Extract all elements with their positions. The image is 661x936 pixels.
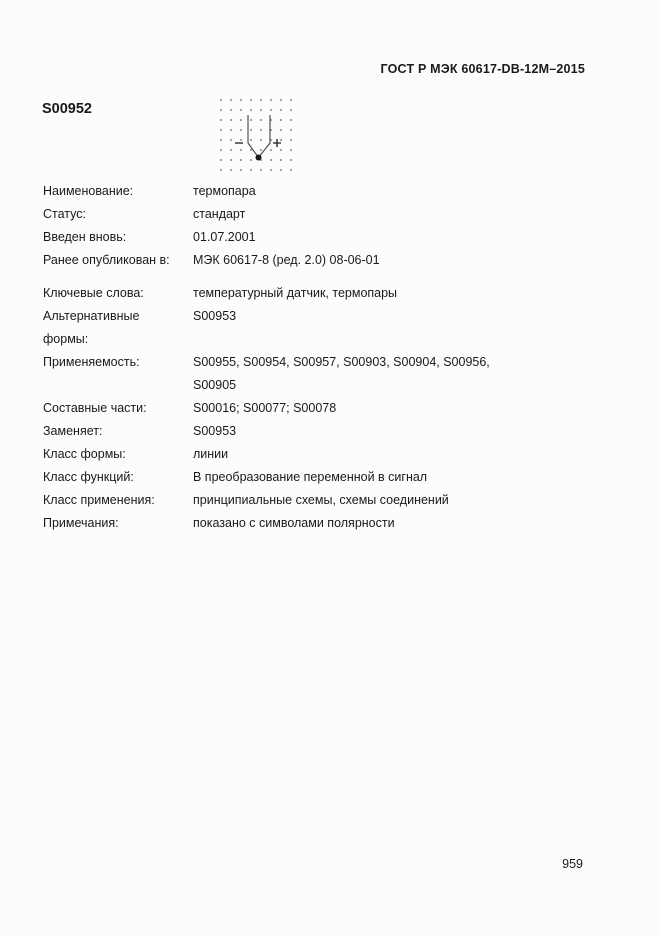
field-label: Ключевые слова:	[43, 282, 193, 305]
field-label: Статус:	[43, 203, 193, 226]
field-value: принципиальные схемы, схемы соединений	[193, 489, 533, 512]
field-value: В преобразование переменной в сигнал	[193, 466, 533, 489]
field-label: Альтернативные формы:	[43, 305, 193, 351]
thermocouple-symbol-drawing	[216, 95, 298, 173]
page-number: 959	[562, 857, 583, 871]
field-label: Примечания:	[43, 512, 193, 535]
field-value: 01.07.2001	[193, 226, 533, 249]
field-value: S00953	[193, 305, 533, 351]
field-label: Ранее опубликован в:	[43, 249, 193, 272]
field-label: Класс применения:	[43, 489, 193, 512]
field-label: Применяемость:	[43, 351, 193, 397]
thermocouple-symbol	[216, 95, 298, 173]
field-label: Заменяет:	[43, 420, 193, 443]
symbol-id: S00952	[42, 101, 92, 117]
field-label: Составные части:	[43, 397, 193, 420]
field-value: S00955, S00954, S00957, S00903, S00904, …	[193, 351, 533, 397]
field-value: температурный датчик, термопары	[193, 282, 533, 305]
field-list-secondary: Ключевые слова: температурный датчик, те…	[43, 282, 533, 535]
field-value: S00016; S00077; S00078	[193, 397, 533, 420]
junction-dot	[256, 155, 262, 161]
field-value: показано с символами полярности	[193, 512, 533, 535]
field-label: Наименование:	[43, 180, 193, 203]
field-label: Класс функций:	[43, 466, 193, 489]
field-value: термопара	[193, 180, 533, 203]
field-value: МЭК 60617-8 (ред. 2.0) 08-06-01	[193, 249, 533, 272]
field-value: линии	[193, 443, 533, 466]
field-label: Класс формы:	[43, 443, 193, 466]
plus-sign-icon	[273, 139, 281, 147]
field-value: стандарт	[193, 203, 533, 226]
field-label: Введен вновь:	[43, 226, 193, 249]
thermocouple-lines	[248, 115, 270, 158]
field-value: S00953	[193, 420, 533, 443]
field-list-primary: Наименование: термопара Статус: стандарт…	[43, 180, 533, 272]
document-header: ГОСТ Р МЭК 60617-DB-12M–2015	[380, 62, 585, 76]
